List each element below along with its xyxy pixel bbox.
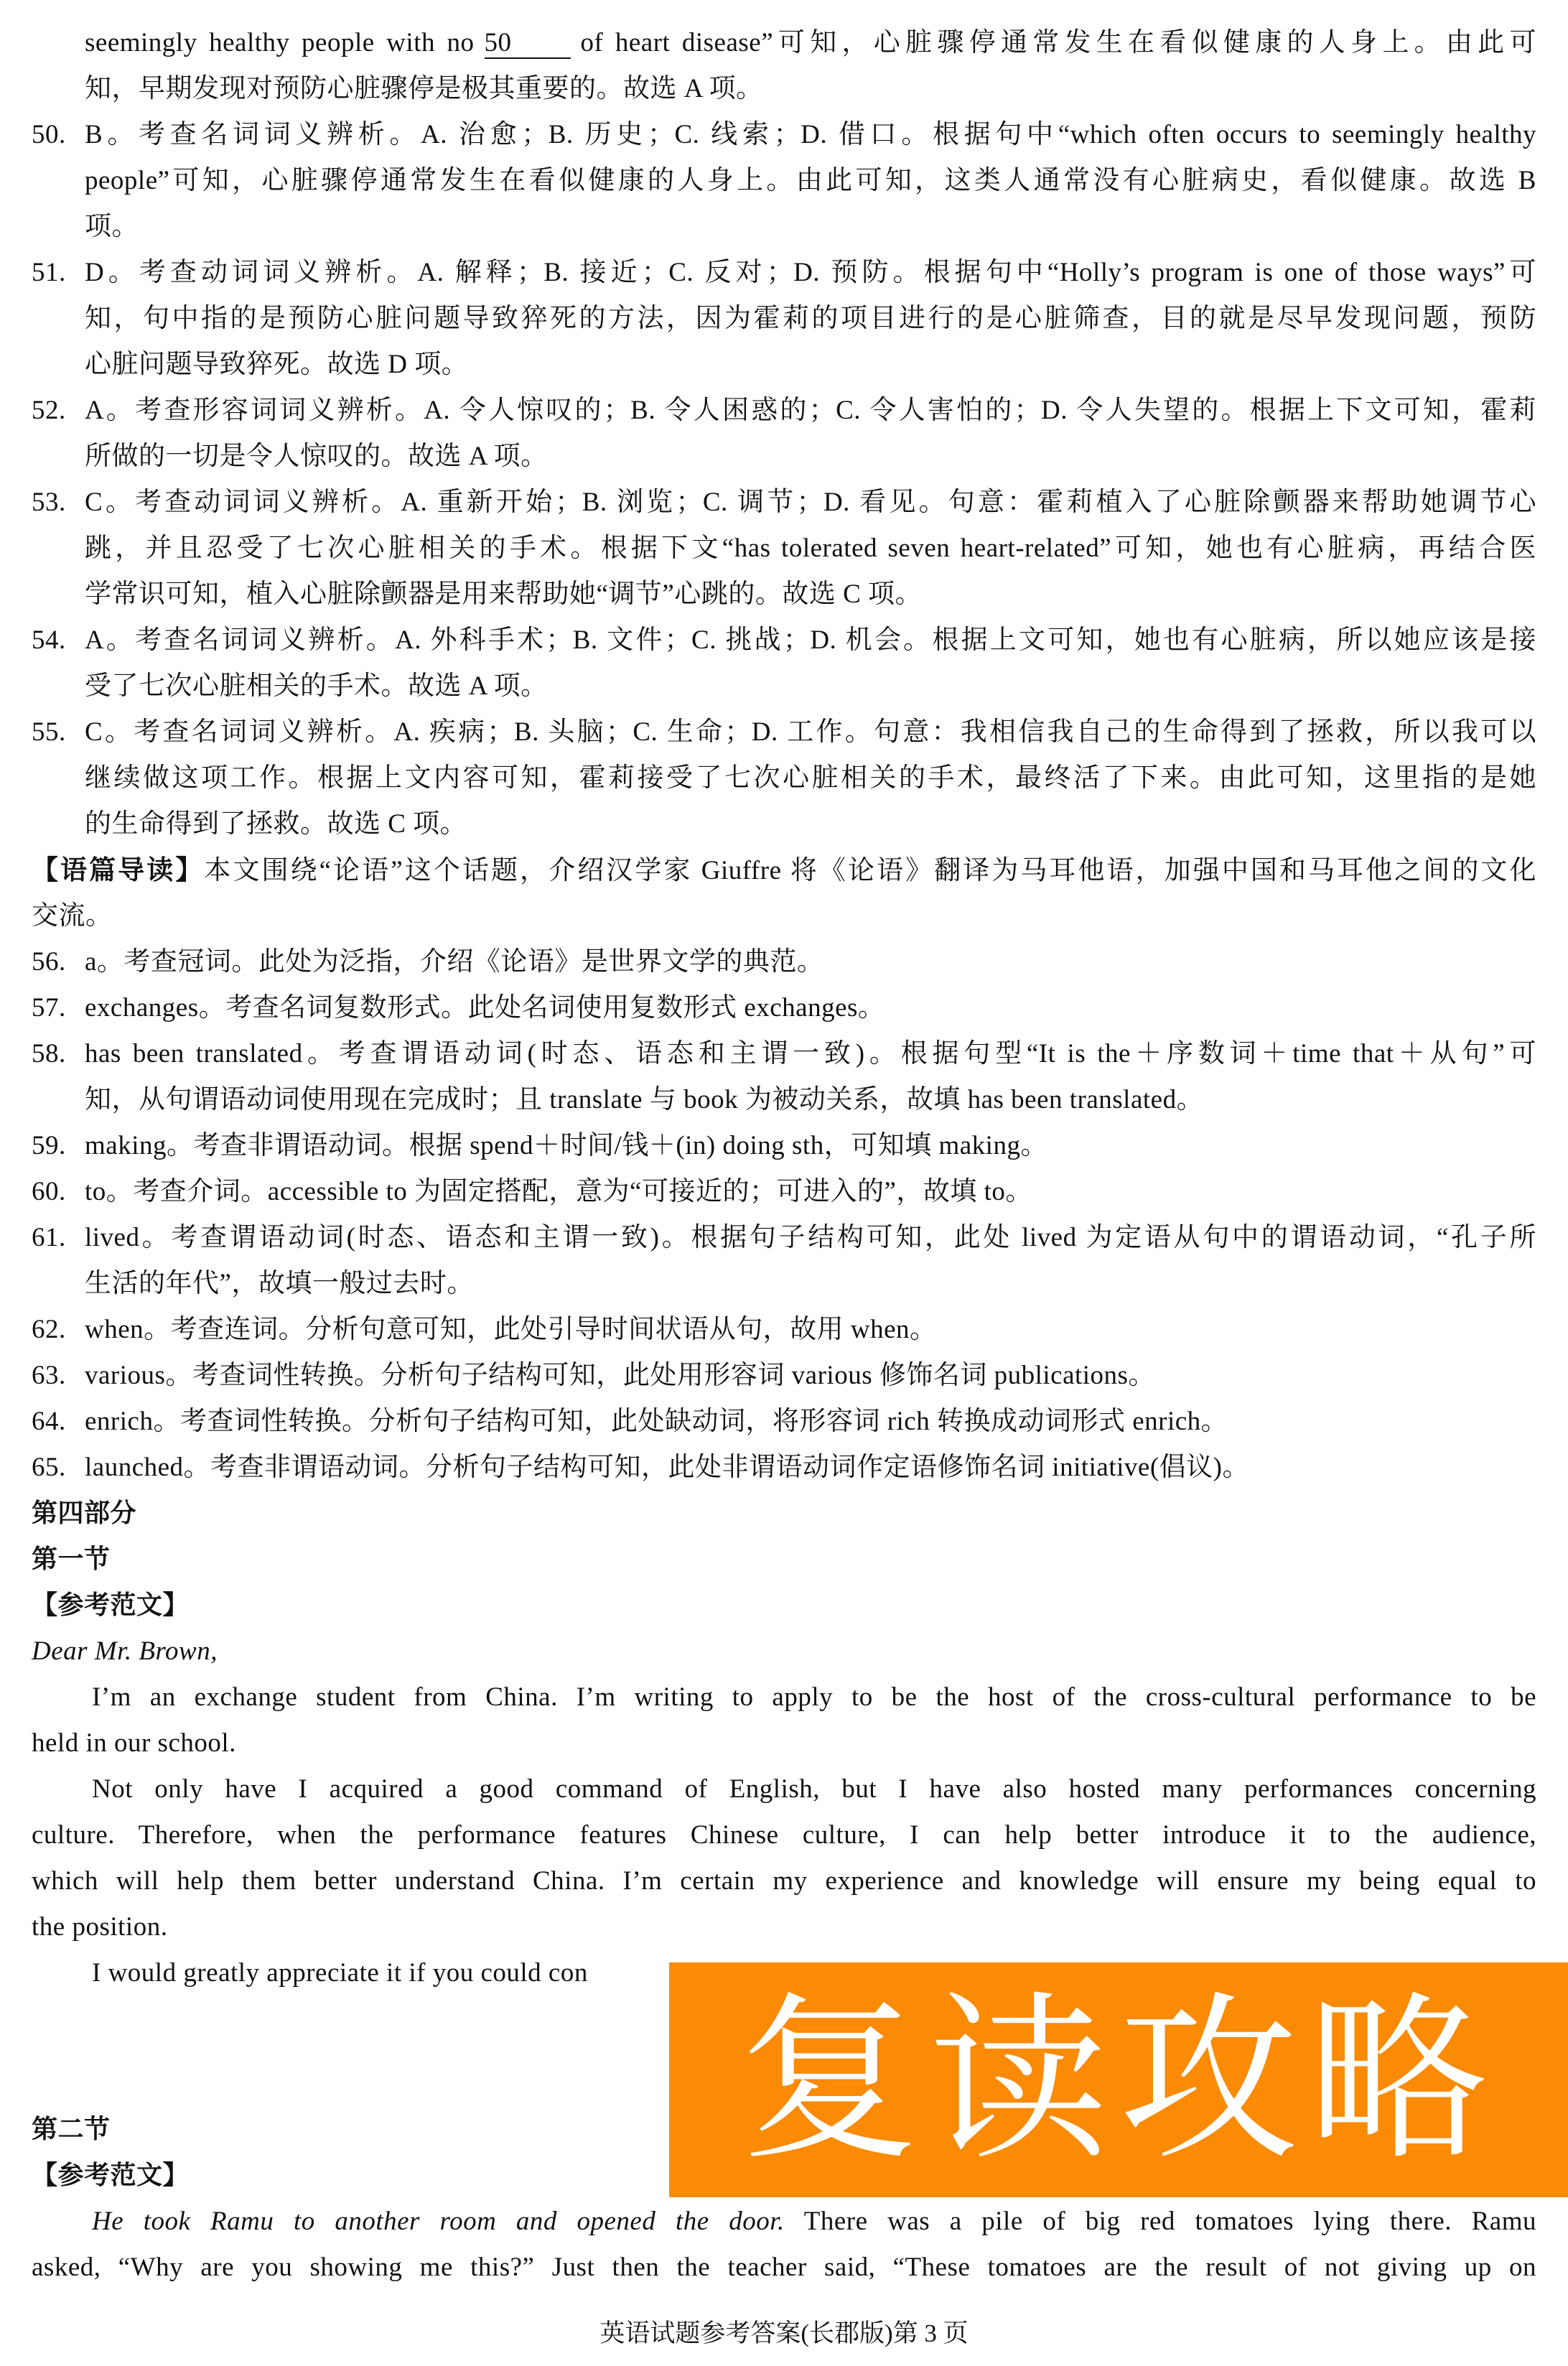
answer-text: C。考查名词词义辨析。A. 疾病；B. 头脑；C. 生命；D. 工作。句意：我相… <box>85 717 1536 747</box>
passage-guide-line-2: 交流。 <box>32 893 1536 939</box>
answer-51-line-3: 心脏问题导致猝死。故选 D 项。 <box>85 342 1536 388</box>
answer-text: A。考查形容词词义辨析。A. 令人惊叹的；B. 令人困惑的；C. 令人害怕的；D… <box>85 396 1536 425</box>
answer-54-line-1: 54.A。考查名词词义辨析。A. 外科手术；B. 文件；C. 挑战；D. 机会。… <box>32 618 1536 663</box>
answer-number: 51. <box>32 250 85 296</box>
answer-65: 65.launched。考查非谓语动词。分析句子结构可知，此处非谓语动词作定语修… <box>32 1445 1536 1491</box>
essay2-text: There was a pile of big red tomatoes lyi… <box>785 2207 1536 2236</box>
answer-64: 64.enrich。考查词性转换。分析句子结构可知，此处缺动词，将形容词 ric… <box>32 1399 1536 1445</box>
essay1-para2-line-2: culture. Therefore, when the performance… <box>32 1812 1536 1858</box>
answer-50-line-3: 项。 <box>85 204 1536 250</box>
answer-text: various。考查词性转换。分析句子结构可知，此处用形容词 various 修… <box>85 1361 1155 1390</box>
answer-text: D。考查动词词义辨析。A. 解释；B. 接近；C. 反对；D. 预防。根据句中“… <box>85 258 1536 287</box>
answer-51-line-1: 51.D。考查动词词义辨析。A. 解释；B. 接近；C. 反对；D. 预防。根据… <box>32 250 1536 296</box>
answer-58-line-2: 知，从句谓语动词使用现在完成时；且 translate 与 book 为被动关系… <box>85 1077 1536 1123</box>
q49-text-post: of heart disease”可知，心脏骤停通常发生在看似健康的人身上。由此… <box>581 28 1536 57</box>
watermark-banner: 复读攻略 <box>669 1962 1568 2197</box>
essay1-para1-line-2: held in our school. <box>32 1720 1536 1766</box>
answer-number: 64. <box>32 1399 85 1445</box>
answer-text: to。考查介词。accessible to 为固定搭配，意为“可接近的；可进入的… <box>85 1177 1032 1206</box>
essay2-given-opening: He took Ramu to another room and opened … <box>92 2207 785 2236</box>
answer-55-line-3: 的生命得到了拯救。故选 C 项。 <box>85 801 1536 847</box>
answer-number: 53. <box>32 480 85 526</box>
passage-guide-text: 本文围绕“论语”这个话题，介绍汉学家 Giuffre 将《论语》翻译为马耳他语，… <box>204 856 1536 885</box>
answer-50-line-2: people”可知，心脏骤停通常发生在看似健康的人身上。由此可知，这类人通常没有… <box>85 158 1536 204</box>
answer-50-line-1: 50.B。考查名词词义辨析。A. 治愈；B. 历史；C. 线索；D. 借口。根据… <box>32 112 1536 158</box>
answer-text: enrich。考查词性转换。分析句子结构可知，此处缺动词，将形容词 rich 转… <box>85 1407 1228 1436</box>
section1-title: 第一节 <box>32 1537 1536 1583</box>
answer-text: when。考查连词。分析句意可知，此处引导时间状语从句，故用 when。 <box>85 1315 937 1344</box>
answer-53-line-1: 53.C。考查动词词义辨析。A. 重新开始；B. 浏览；C. 调节；D. 看见。… <box>32 480 1536 526</box>
answer-60: 60.to。考查介词。accessible to 为固定搭配，意为“可接近的；可… <box>32 1169 1536 1215</box>
answer-number: 50. <box>32 112 85 158</box>
answer-number: 59. <box>32 1123 85 1169</box>
essay2-line-1: He took Ramu to another room and opened … <box>92 2199 1536 2245</box>
answer-55-line-1: 55.C。考查名词词义辨析。A. 疾病；B. 头脑；C. 生命；D. 工作。句意… <box>32 709 1536 755</box>
answer-text: C。考查动词词义辨析。A. 重新开始；B. 浏览；C. 调节；D. 看见。句意：… <box>85 488 1536 517</box>
essay1-para2-line-4: the position. <box>32 1904 1536 1950</box>
letter-greeting: Dear Mr. Brown, <box>32 1629 1536 1675</box>
answer-text: B。考查名词词义辨析。A. 治愈；B. 历史；C. 线索；D. 借口。根据句中“… <box>85 120 1536 149</box>
answer-55-line-2: 继续做这项工作。根据上文内容可知，霍莉接受了七次心脏相关的手术，最终活了下来。由… <box>85 755 1536 801</box>
answer-58-line-1: 58.has been translated。考查谓语动词(时态、语态和主谓一致… <box>32 1031 1536 1077</box>
answer-54-line-2: 受了七次心脏相关的手术。故选 A 项。 <box>85 663 1536 709</box>
answer-number: 61. <box>32 1215 85 1261</box>
blank-50: 50 <box>485 29 571 59</box>
passage-guide-line-1: 【语篇导读】本文围绕“论语”这个话题，介绍汉学家 Giuffre 将《论语》翻译… <box>32 847 1536 893</box>
answer-52-line-2: 所做的一切是令人惊叹的。故选 A 项。 <box>85 434 1536 480</box>
answer-text: has been translated。考查谓语动词(时态、语态和主谓一致)。根… <box>85 1039 1536 1068</box>
q49-continuation-line-1: seemingly healthy people with no50of hea… <box>85 20 1536 66</box>
watermark-text: 复读攻略 <box>739 1990 1498 2170</box>
answer-text: making。考查非谓语动词。根据 spend＋时间/钱＋(in) doing … <box>85 1131 1047 1160</box>
answer-text: lived。考查谓语动词(时态、语态和主谓一致)。根据句子结构可知，此处 liv… <box>85 1223 1536 1252</box>
reference-essay-label-1: 【参考范文】 <box>32 1583 1536 1629</box>
part4-title: 第四部分 <box>32 1491 1536 1537</box>
answer-text: a。考查冠词。此处为泛指，介绍《论语》是世界文学的典范。 <box>85 947 823 977</box>
answer-59: 59.making。考查非谓语动词。根据 spend＋时间/钱＋(in) doi… <box>32 1123 1536 1169</box>
answer-number: 62. <box>32 1307 85 1353</box>
answer-53-line-2: 跳，并且忍受了七次心脏相关的手术。根据下文“has tolerated seve… <box>85 526 1536 572</box>
answer-text: launched。考查非谓语动词。分析句子结构可知，此处非谓语动词作定语修饰名词… <box>85 1453 1249 1482</box>
answer-53-line-3: 学常识可知，植入心脏除颤器是用来帮助她“调节”心跳的。故选 C 项。 <box>85 572 1536 618</box>
q49-text-pre: seemingly healthy people with no <box>85 28 475 57</box>
answer-63: 63.various。考查词性转换。分析句子结构可知，此处用形容词 variou… <box>32 1353 1536 1399</box>
answer-51-line-2: 知，句中指的是预防心脏问题导致猝死的方法，因为霍莉的项目进行的是心脏筛查，目的就… <box>85 296 1536 342</box>
essay1-para1-line-1: I’m an exchange student from China. I’m … <box>92 1675 1536 1720</box>
answer-57: 57.exchanges。考查名词复数形式。此处名词使用复数形式 exchang… <box>32 985 1536 1031</box>
answer-key-page: seemingly healthy people with no50of hea… <box>0 0 1568 2366</box>
answer-text: A。考查名词词义辨析。A. 外科手术；B. 文件；C. 挑战；D. 机会。根据上… <box>85 625 1536 655</box>
answer-number: 56. <box>32 939 85 985</box>
essay1-para2-line-1: Not only have I acquired a good command … <box>92 1766 1536 1812</box>
answer-number: 60. <box>32 1169 85 1215</box>
answer-56: 56.a。考查冠词。此处为泛指，介绍《论语》是世界文学的典范。 <box>32 939 1536 985</box>
answer-61-line-1: 61.lived。考查谓语动词(时态、语态和主谓一致)。根据句子结构可知，此处 … <box>32 1215 1536 1261</box>
essay1-para2-line-3: which will help them better understand C… <box>32 1858 1536 1904</box>
answer-number: 52. <box>32 388 85 434</box>
answer-number: 54. <box>32 618 85 663</box>
answer-52-line-1: 52.A。考查形容词词义辨析。A. 令人惊叹的；B. 令人困惑的；C. 令人害怕… <box>32 388 1536 434</box>
answer-number: 55. <box>32 709 85 755</box>
answer-number: 57. <box>32 985 85 1031</box>
answer-61-line-2: 生活的年代”，故填一般过去时。 <box>85 1261 1536 1307</box>
answer-number: 65. <box>32 1445 85 1491</box>
q49-continuation-line-2: 知，早期发现对预防心脏骤停是极其重要的。故选 A 项。 <box>85 66 1536 112</box>
answer-62: 62.when。考查连词。分析句意可知，此处引导时间状语从句，故用 when。 <box>32 1307 1536 1353</box>
answer-number: 58. <box>32 1031 85 1077</box>
passage-guide-label: 【语篇导读】 <box>32 854 204 885</box>
essay2-line-2: asked, “Why are you showing me this?” Ju… <box>32 2245 1536 2291</box>
page-footer: 英语试题参考答案(长郡版)第 3 页 <box>0 2316 1568 2352</box>
answer-number: 63. <box>32 1353 85 1399</box>
answer-text: exchanges。考查名词复数形式。此处名词使用复数形式 exchanges。 <box>85 993 885 1023</box>
